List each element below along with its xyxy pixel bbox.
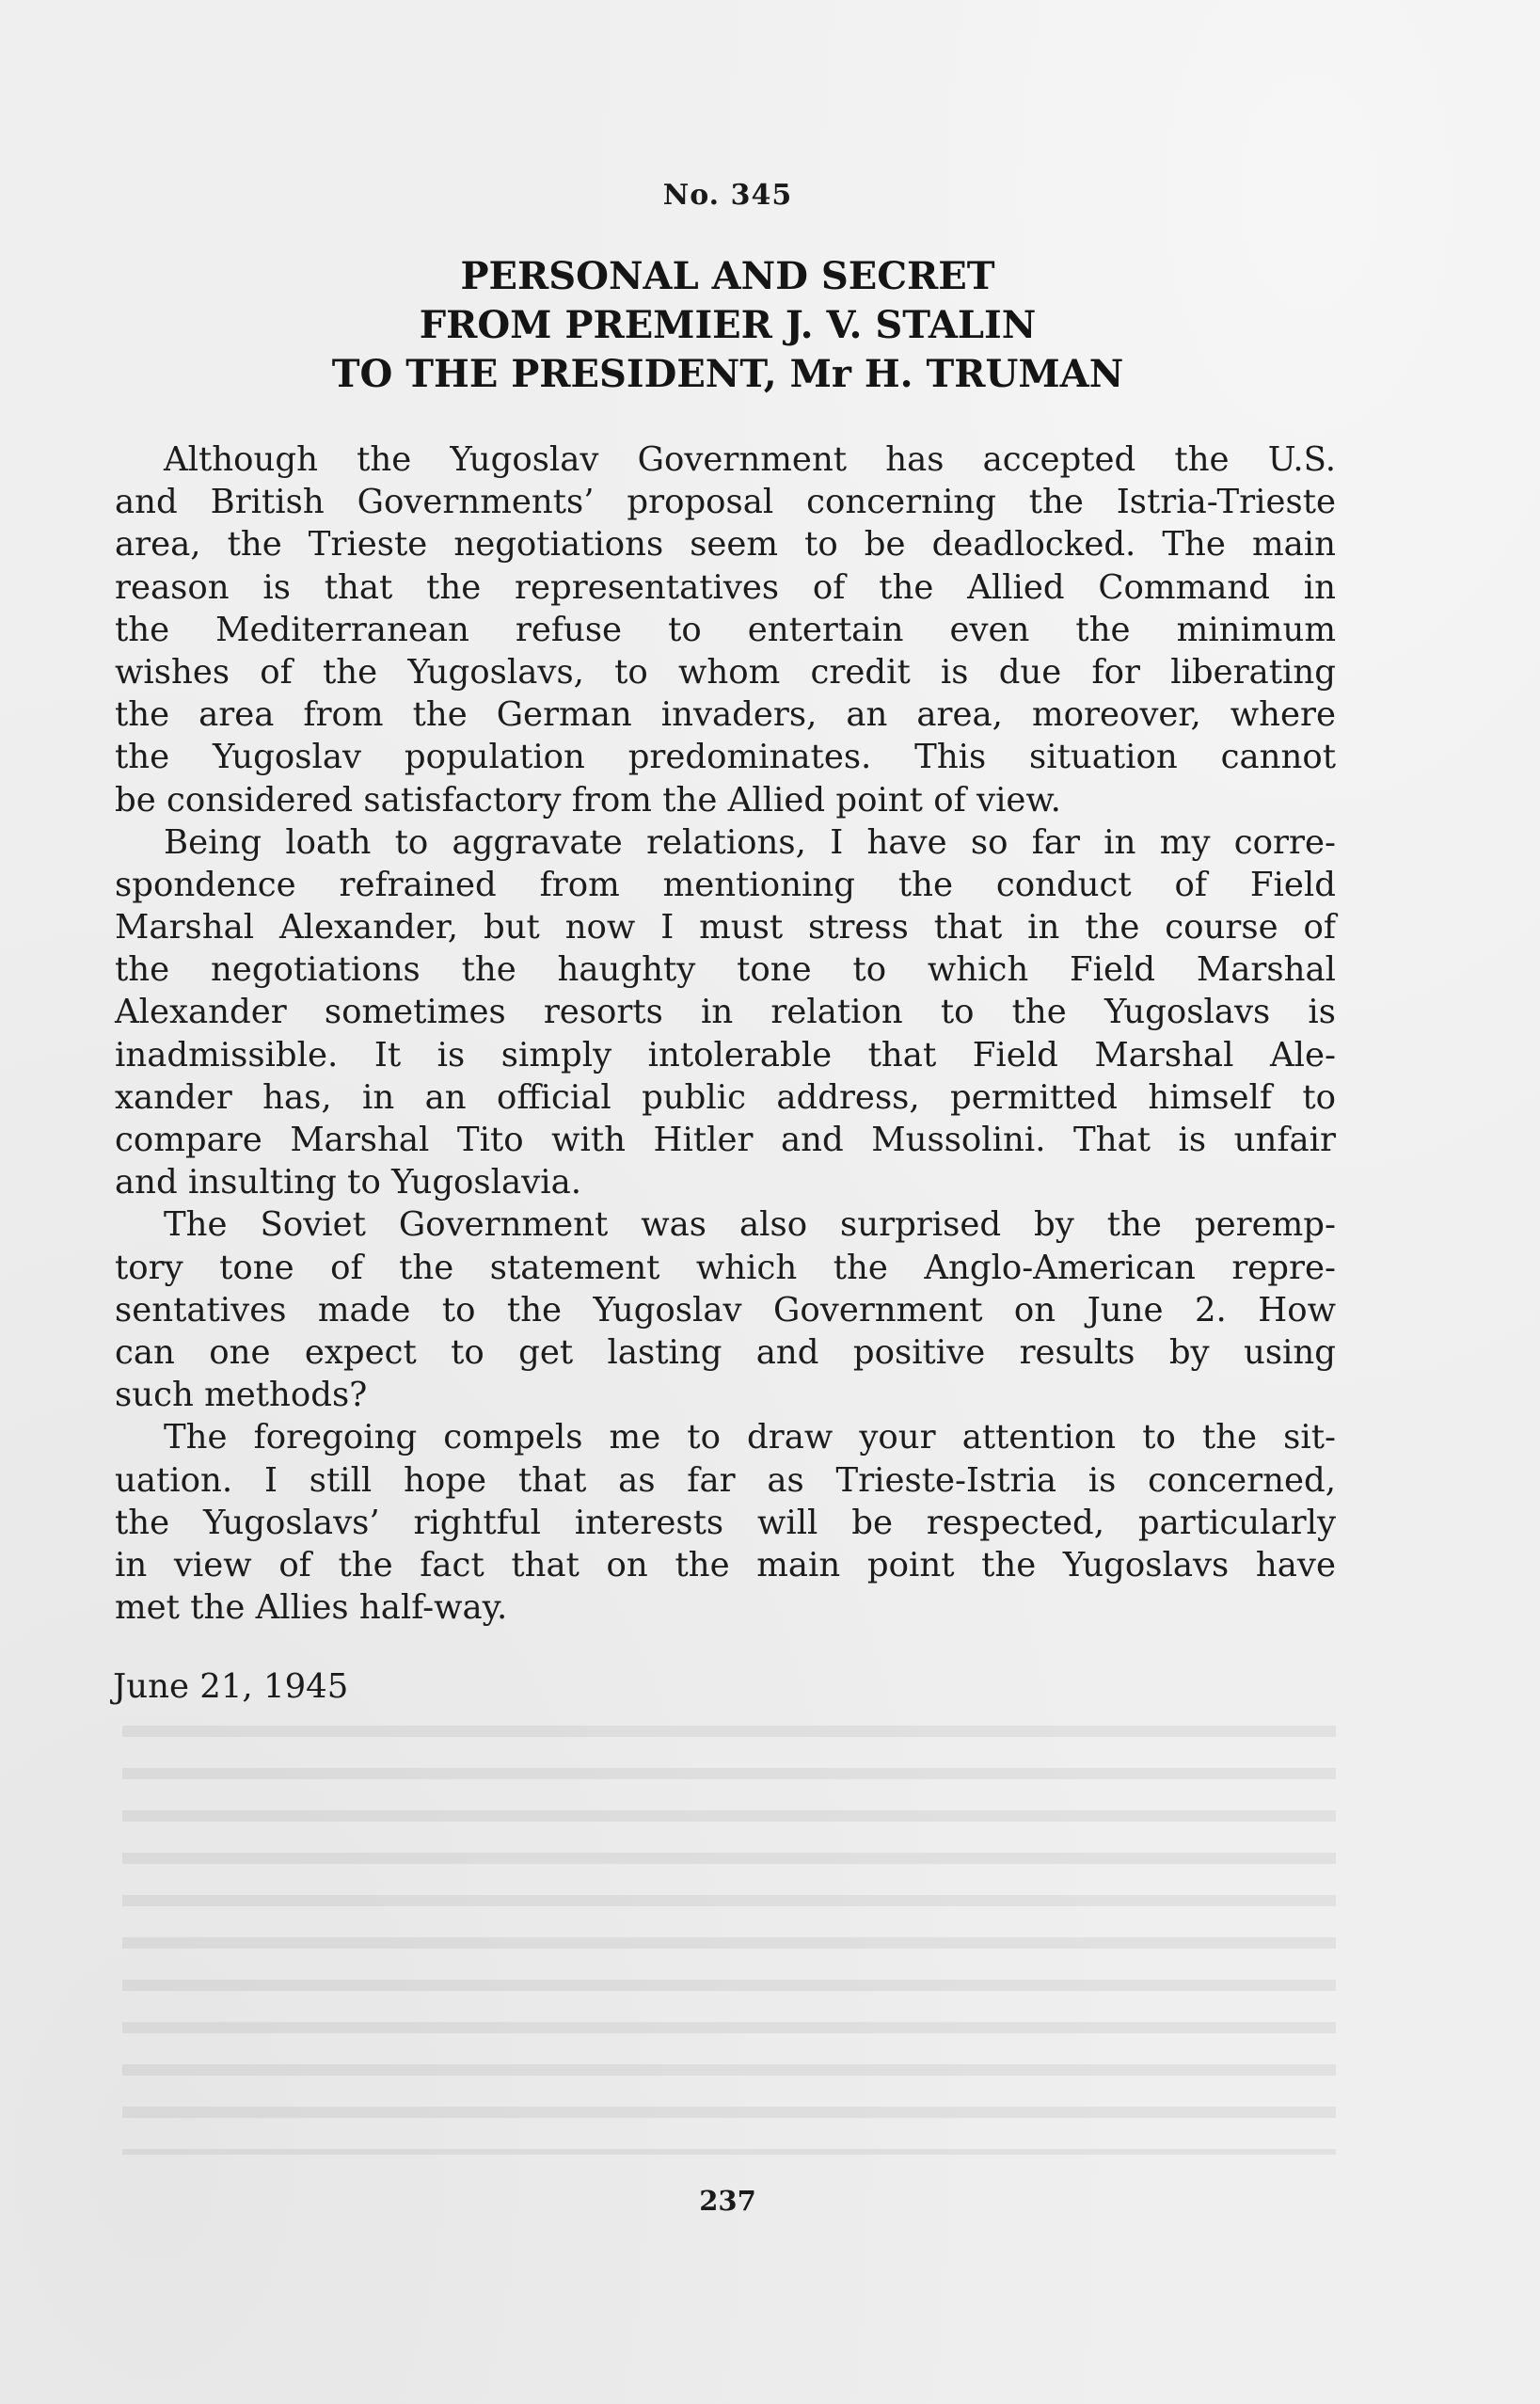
text-line: The Soviet Government was also surprised… [115,1203,1336,1246]
document-title: PERSONAL AND SECRET FROM PREMIER J. V. S… [0,252,1455,399]
text-line: uation. I still hope that as far as Trie… [115,1459,1336,1502]
text-line: the Yugoslav population predominates. Th… [115,736,1336,778]
paragraph: The Soviet Government was also surprised… [115,1203,1336,1416]
text-line: the Mediterranean refuse to entertain ev… [115,609,1336,651]
text-line: be considered satisfactory from the Alli… [115,779,1336,821]
text-line: Although the Yugoslav Government has acc… [115,438,1336,481]
text-line: met the Allies half-way. [115,1586,1336,1629]
text-line: The foregoing compels me to draw your at… [115,1416,1336,1458]
letter-date: June 21, 1945 [113,1665,348,1708]
title-line: FROM PREMIER J. V. STALIN [0,301,1455,350]
letter-body: Although the Yugoslav Government has acc… [115,438,1336,1629]
text-line: wishes of the Yugoslavs, to whom credit … [115,651,1336,693]
text-line: and British Governments’ proposal concer… [115,481,1336,523]
text-line: Marshal Alexander, but now I must stress… [115,906,1336,948]
page-number: 237 [0,2185,1455,2217]
text-line: the Yugoslavs’ rightful interests will b… [115,1502,1336,1544]
title-line: TO THE PRESIDENT, Mr H. TRUMAN [0,350,1455,399]
reverse-side-bleed-through [122,1703,1336,2155]
text-line: spondence refrained from mentioning the … [115,864,1336,906]
paragraph: Although the Yugoslav Government has acc… [115,438,1336,821]
text-line: xander has, in an official public addres… [115,1076,1336,1119]
title-line: PERSONAL AND SECRET [0,252,1455,301]
text-line: Being loath to aggravate relations, I ha… [115,821,1336,864]
text-line: such methods? [115,1374,1336,1416]
paragraph: Being loath to aggravate relations, I ha… [115,821,1336,1204]
document-number: No. 345 [0,179,1455,212]
text-line: in view of the fact that on the main poi… [115,1544,1336,1586]
text-line: sentatives made to the Yugoslav Governme… [115,1289,1336,1331]
text-line: area, the Trieste negotiations seem to b… [115,523,1336,565]
document-page: No. 345 PERSONAL AND SECRET FROM PREMIER… [0,0,1540,2404]
text-line: can one expect to get lasting and positi… [115,1331,1336,1374]
text-line: compare Marshal Tito with Hitler and Mus… [115,1119,1336,1161]
text-line: the area from the German invaders, an ar… [115,693,1336,736]
text-line: inadmissible. It is simply intolerable t… [115,1034,1336,1076]
paragraph: The foregoing compels me to draw your at… [115,1416,1336,1629]
text-line: tory tone of the statement which the Ang… [115,1247,1336,1289]
text-line: and insulting to Yugoslavia. [115,1161,1336,1203]
text-line: reason is that the representatives of th… [115,566,1336,609]
text-line: the negotiations the haughty tone to whi… [115,948,1336,991]
text-line: Alexander sometimes resorts in relation … [115,991,1336,1033]
